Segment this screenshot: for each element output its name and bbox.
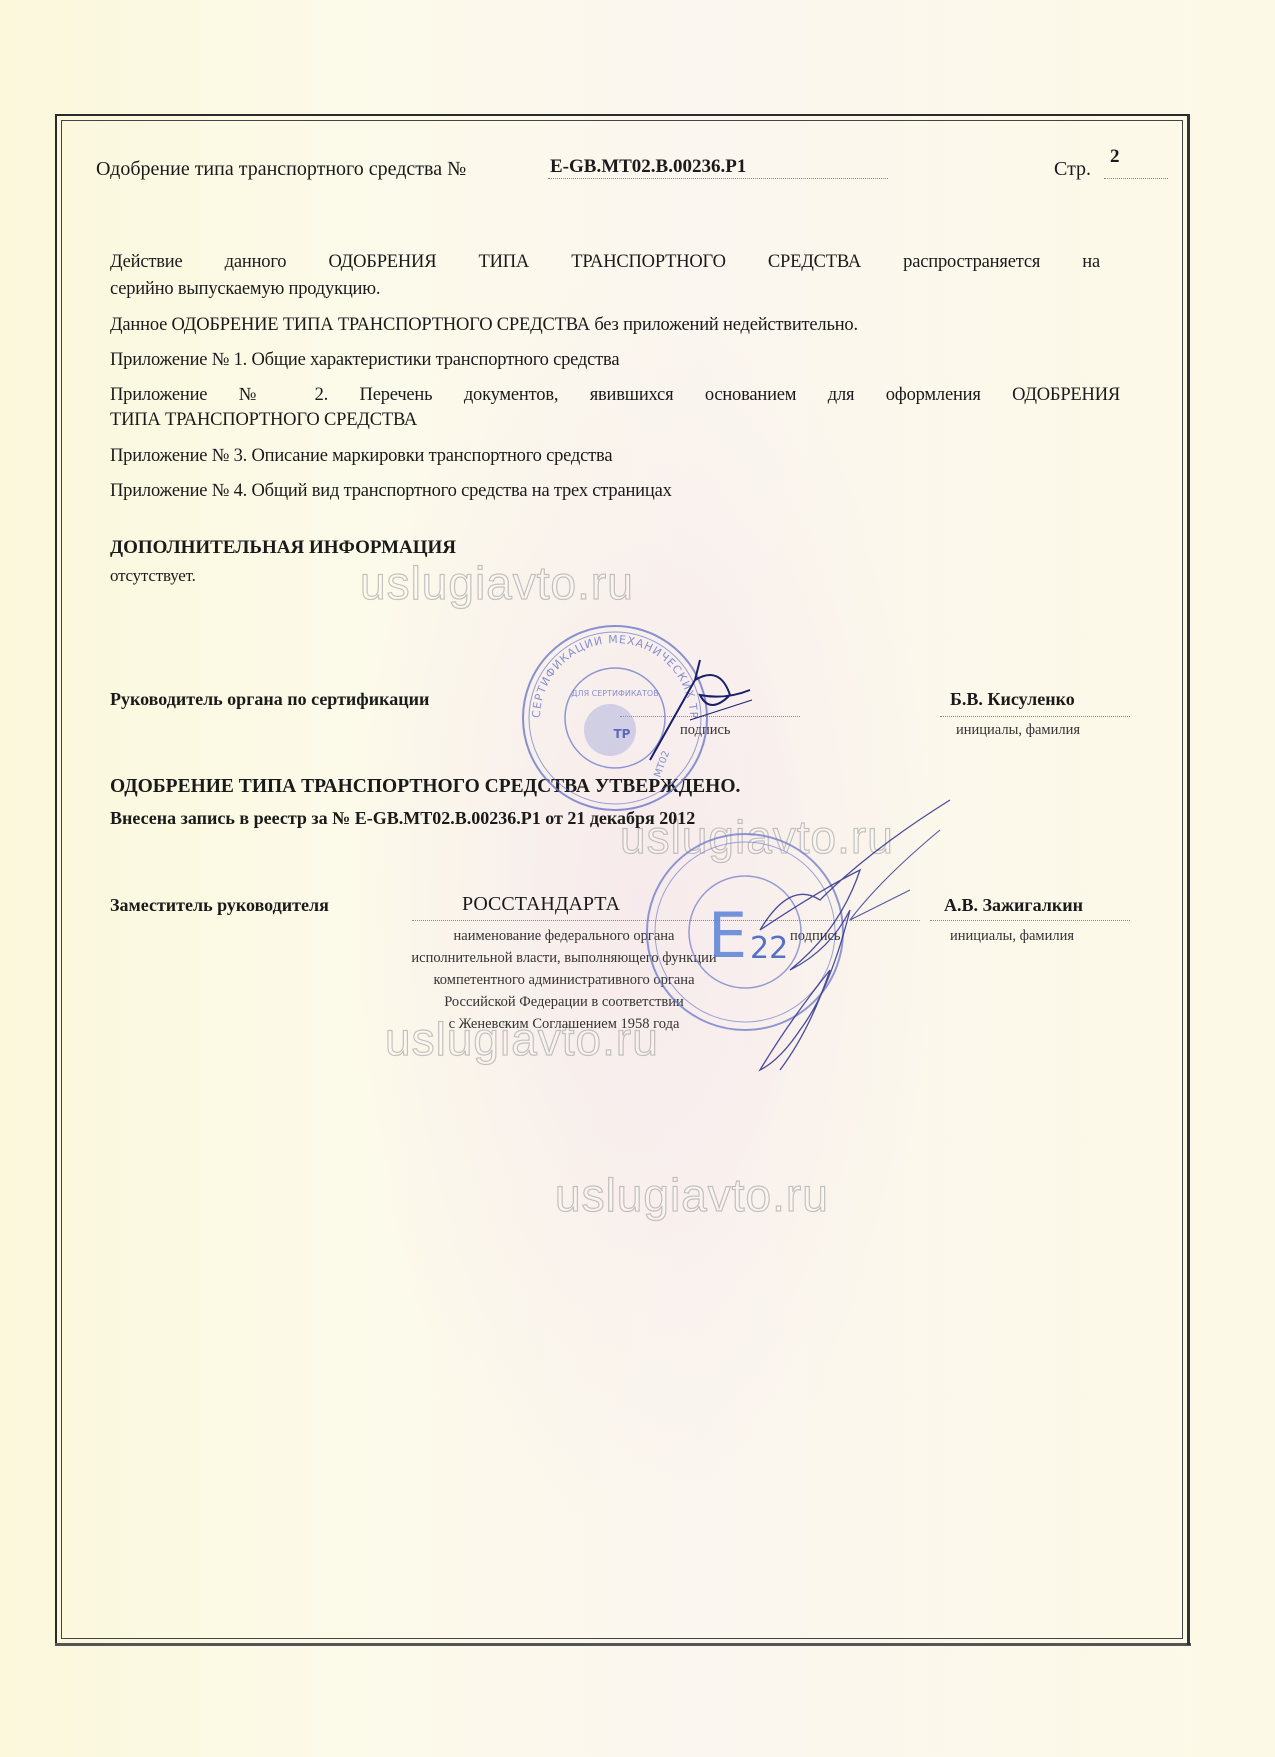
- name-1-caption: инициалы, фамилия: [956, 722, 1080, 739]
- organization-name: РОССТАНДАРТА: [462, 893, 620, 916]
- signature-1-scribble-icon: [640, 640, 760, 770]
- signatory-1-name: Б.В. Кисуленко: [950, 689, 1075, 710]
- page-number: 2: [1110, 146, 1120, 168]
- signatory-2-name: А.В. Зажигалкин: [944, 895, 1083, 916]
- approval-number-field: E-GB.MT02.B.00236.P1: [548, 148, 888, 179]
- page-border-shadow-right: [1187, 114, 1190, 1645]
- name-2-line: [930, 920, 1130, 921]
- page-border-shadow-bottom: [55, 1643, 1191, 1646]
- watermark-1: uslugiavto.ru: [360, 556, 634, 610]
- page-number-field: 2: [1104, 146, 1168, 179]
- page-border-inner: [61, 120, 1183, 1639]
- additional-info-text: отсутствует.: [110, 566, 196, 586]
- appendix-2-line2: ТИПА ТРАНСПОРТНОГО СРЕДСТВА: [110, 410, 417, 431]
- name-1-line: [940, 716, 1130, 717]
- appendix-2-line1: Приложение № 2. Перечень документов, яви…: [110, 385, 1120, 406]
- approval-number: E-GB.MT02.B.00236.P1: [550, 156, 746, 178]
- page-label: Стр.: [1054, 158, 1091, 181]
- paragraph-attachments-required: Данное ОДОБРЕНИЕ ТИПА ТРАНСПОРТНОГО СРЕД…: [110, 315, 858, 336]
- signature-2-scribble-icon: [700, 790, 960, 1080]
- name-2-caption: инициалы, фамилия: [950, 928, 1074, 945]
- appendix-4: Приложение № 4. Общий вид транспортного …: [110, 481, 672, 502]
- document-header: Одобрение типа транспортного средства №: [96, 158, 466, 181]
- paragraph-validity-line2: серийно выпускаемую продукцию.: [110, 279, 380, 300]
- appendix-1: Приложение № 1. Общие характеристики тра…: [110, 350, 619, 371]
- appendix-3: Приложение № 3. Описание маркировки тран…: [110, 446, 612, 467]
- header-title: Одобрение типа транспортного средства №: [96, 158, 466, 180]
- signatory-1-role: Руководитель органа по сертификации: [110, 689, 429, 710]
- signatory-2-role: Заместитель руководителя: [110, 895, 329, 916]
- seal-emblem: ТР: [614, 727, 631, 741]
- watermark-4: uslugiavto.ru: [555, 1168, 829, 1222]
- paragraph-validity-line1: Действие данного ОДОБРЕНИЯ ТИПА ТРАНСПОР…: [110, 252, 1100, 273]
